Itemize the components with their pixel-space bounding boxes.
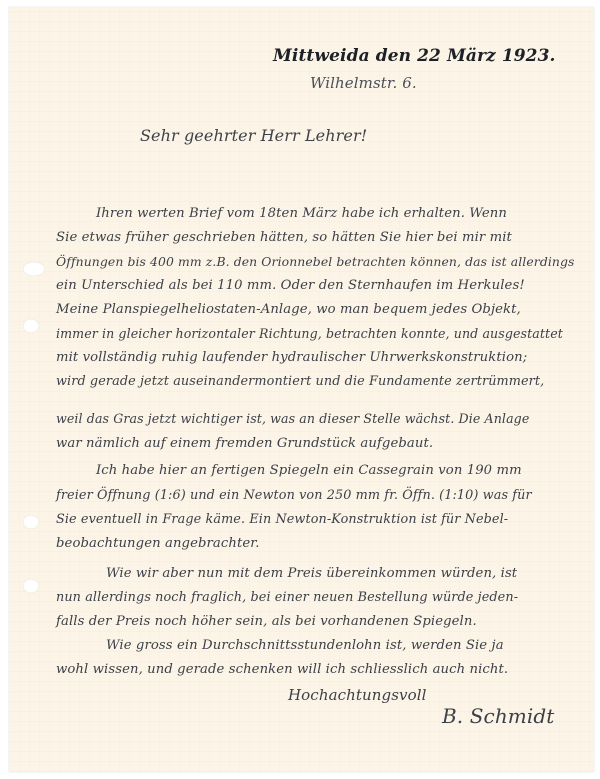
punch-hole <box>23 319 39 333</box>
body-line: Ich habe hier an fertigen Spiegeln ein C… <box>96 463 522 478</box>
sender-address: Wilhelmstr. 6. <box>310 74 417 92</box>
body-line: ein Unterschied als bei 110 mm. Oder den… <box>56 278 525 293</box>
body-line: mit vollständig ruhig laufender hydrauli… <box>56 350 527 365</box>
punch-hole <box>23 262 45 276</box>
body-line: beobachtungen angebrachter. <box>56 536 260 551</box>
punch-hole <box>23 579 39 593</box>
place-date: Mittweida den 22 März 1923. <box>273 46 556 66</box>
signature: B. Schmidt <box>442 704 554 728</box>
body-line: Öffnungen bis 400 mm z.B. den Orionnebel… <box>56 254 574 269</box>
body-line: war nämlich auf einem fremden Grundstück… <box>56 436 433 451</box>
letter-paper <box>9 7 594 772</box>
body-line: nun allerdings noch fraglich, bei einer … <box>56 590 518 605</box>
body-line: wohl wissen, und gerade schenken will ic… <box>56 662 508 677</box>
body-line: Ihren werten Brief vom 18ten März habe i… <box>96 206 507 221</box>
body-line: falls der Preis noch höher sein, als bei… <box>56 614 477 629</box>
salutation: Sehr geehrter Herr Lehrer! <box>140 126 367 145</box>
body-line: Wie gross ein Durchschnittsstundenlohn i… <box>106 638 504 653</box>
body-line: weil das Gras jetzt wichtiger ist, was a… <box>56 411 529 426</box>
body-line: Sie eventuell in Frage käme. Ein Newton-… <box>56 512 508 527</box>
body-line: immer in gleicher horizontaler Richtung,… <box>56 326 563 341</box>
body-line: Sie etwas früher geschrieben hätten, so … <box>56 230 512 245</box>
body-line: wird gerade jetzt auseinandermontiert un… <box>56 374 544 389</box>
closing: Hochachtungsvoll <box>288 686 427 704</box>
body-line: freier Öffnung (1:6) und ein Newton von … <box>56 488 532 503</box>
body-line: Wie wir aber nun mit dem Preis übereinko… <box>106 566 517 581</box>
body-line: Meine Planspiegelheliostaten-Anlage, wo … <box>56 302 521 317</box>
punch-hole <box>23 515 39 529</box>
